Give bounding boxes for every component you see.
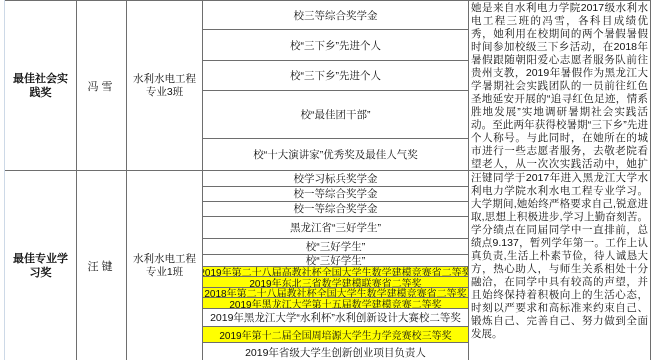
- award-label: 校“十大演讲家”优秀奖及最佳人气奖: [253, 147, 418, 162]
- award-label: 校三等综合奖学金: [294, 8, 378, 23]
- award-label: 2019年第十二届全国周培源大学生力学竞赛校三等奖: [219, 327, 451, 342]
- award-table: 最佳社会实践奖 冯雪 水利水电工程专业3班 校三等综合奖学金校“三下乡”先进个人…: [5, 0, 651, 360]
- award-row: 黑龙江省“三好学生”: [203, 217, 468, 239]
- award-label: 2018年第二十八届教社杯全国大学生数学建模竞赛省二等奖: [204, 288, 466, 298]
- award-category: 最佳专业学习奖: [5, 171, 77, 360]
- table-row: 最佳社会实践奖 冯雪 水利水电工程专业3班 校三等综合奖学金校“三下乡”先进个人…: [5, 1, 651, 171]
- awards-list: 校学习标兵奖学金校一等综合奖学金校一等综合奖学金黑龙江省“三好学生”校“三好学生…: [203, 171, 469, 360]
- award-row: 2018年第二十八届教社杯全国大学生数学建模竞赛省二等奖: [203, 288, 468, 298]
- award-label: 校“三好学生”: [306, 239, 366, 254]
- award-label: 校“三下乡”先进个人: [290, 68, 381, 83]
- winner-class: 水利水电工程专业3班: [127, 1, 203, 171]
- award-label: 2019年东北三省数学建模联赛省二等奖: [249, 277, 421, 288]
- award-row: 2019年东北三省数学建模联赛省二等奖: [203, 277, 468, 288]
- award-row: 2019年第十二届全国周培源大学生力学竞赛校三等奖: [203, 327, 468, 343]
- award-row: 校一等综合奖学金: [203, 187, 468, 202]
- award-label: 黑龙江省“三好学生”: [290, 220, 381, 235]
- winner-name: 冯雪: [77, 1, 127, 171]
- award-row: 2019年第二十八届高教社杯全国大学生数学建模竞赛省二等奖: [203, 267, 468, 278]
- winner-class: 水利水电工程专业1班: [127, 171, 203, 360]
- award-label: 校学习标兵奖学金: [294, 171, 378, 186]
- award-label: 2019年第二十八届高教社杯全国大学生数学建模竞赛省二等奖: [203, 267, 468, 278]
- award-label: 校“三下乡”先进个人: [290, 38, 381, 53]
- award-label: 2019年黑龙江大学“水利杯”水利创新设计大赛校二等奖: [210, 310, 461, 325]
- award-table-page: 最佳社会实践奖 冯雪 水利水电工程专业3班 校三等综合奖学金校“三下乡”先进个人…: [0, 0, 651, 360]
- award-row: 校三等综合奖学金: [203, 1, 468, 30]
- winner-name: 汪键: [77, 171, 127, 360]
- table-row: 最佳专业学习奖 汪键 水利水电工程专业1班 校学习标兵奖学金校一等综合奖学金校一…: [5, 171, 651, 360]
- award-row: 校“十大演讲家”优秀奖及最佳人气奖: [203, 139, 468, 171]
- award-label: 校一等综合奖学金: [294, 202, 378, 216]
- winner-description: 她是来自水利电力学院2017级水利水电工程三班的冯雪，各科目成绩优秀，她利用在校…: [469, 1, 651, 171]
- award-row: 2019年省级大学生创新创业项目负责人: [203, 343, 468, 360]
- award-row: 校“三好学生”: [203, 255, 468, 267]
- award-label: 校“三好学生”: [306, 255, 366, 267]
- awards-list: 校三等综合奖学金校“三下乡”先进个人校“三下乡”先进个人校“最佳团干部”校“十大…: [203, 1, 469, 171]
- award-label: 校“最佳团干部”: [301, 107, 371, 122]
- award-row: 校一等综合奖学金: [203, 202, 468, 217]
- winner-description: 汪键同学于2017年进入黑龙江大学水利电力学院水利水电工程专业学习。大学期间,她…: [469, 171, 651, 360]
- award-label: 2019年黑龙江大学第十五届数学建模竞赛二等奖: [229, 298, 441, 309]
- award-row: 校“三下乡”先进个人: [203, 61, 468, 91]
- award-row: 校“三下乡”先进个人: [203, 30, 468, 61]
- award-row: 2019年黑龙江大学“水利杯”水利创新设计大赛校二等奖: [203, 309, 468, 327]
- award-label: 校一等综合奖学金: [294, 187, 378, 201]
- award-row: 校“最佳团干部”: [203, 91, 468, 139]
- award-row: 校“三好学生”: [203, 239, 468, 255]
- award-label: 2019年省级大学生创新创业项目负责人: [245, 345, 426, 360]
- award-category: 最佳社会实践奖: [5, 1, 77, 171]
- award-row: 校学习标兵奖学金: [203, 171, 468, 187]
- award-row: 2019年黑龙江大学第十五届数学建模竞赛二等奖: [203, 298, 468, 309]
